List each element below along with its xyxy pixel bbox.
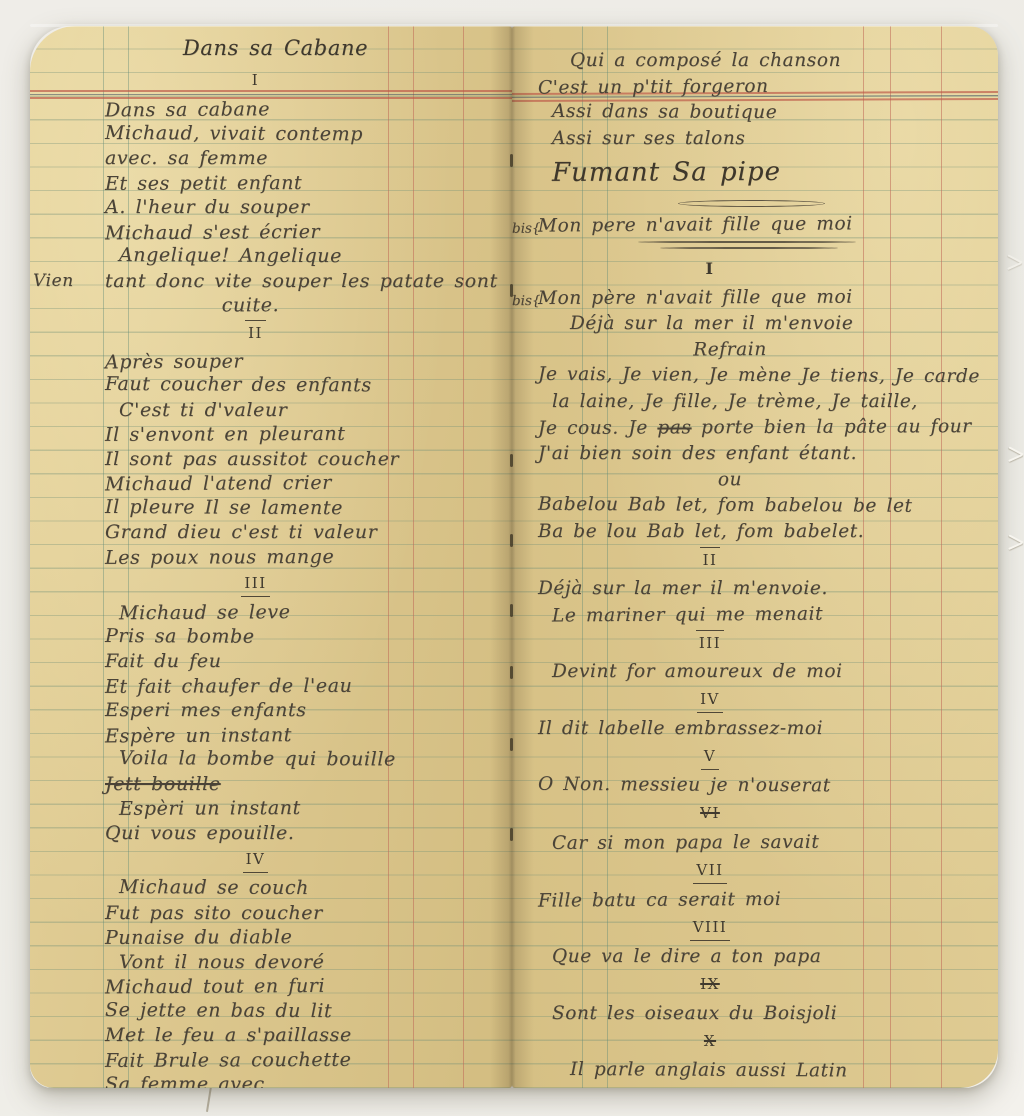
verse-line: Je vais, Je vien, Je mène Je tiens, Je c… (538, 362, 992, 390)
section-numeral: IX (538, 972, 992, 999)
verse-line: Fut pas sito coucher (105, 901, 506, 926)
verse-line: Assi sur ses talons (538, 126, 992, 152)
verse-line: C'est ti d'valeur (105, 398, 506, 423)
verse-line: Esperi mes enfants (105, 698, 506, 723)
verse-line: Et ses petit enfant (105, 170, 506, 196)
verse-line: Et fait chaufer de l'eau (105, 673, 506, 699)
binding-thread-bottom (206, 1086, 212, 1112)
section-numeral: IV (105, 847, 506, 874)
verse-line: Refrain (538, 335, 992, 364)
verse-line: Après souper (105, 347, 506, 374)
verse-line: Qui a composé la chanson (538, 48, 992, 74)
verse-line: Ba be lou Bab let, fom babelet. (538, 519, 992, 545)
verse-line: J'ai bien soin des enfant étant. (538, 441, 992, 467)
right-page-content: Qui a composé la chansonC'est un p'tit f… (512, 26, 998, 1084)
verse-line: Se jette en bas du lit (105, 997, 506, 1024)
page-stack-edge (30, 24, 998, 27)
verse-line: Il parle anglais aussi Latin (538, 1057, 992, 1085)
verse-line: Sont les oiseaux du Boisjoli (538, 1001, 992, 1027)
verse-line: Michaud tout en furi (105, 973, 506, 1000)
verse-line: Met le feu a s'paillasse (105, 1023, 506, 1048)
section-numeral: I (105, 68, 506, 95)
verse-line: Angelique! Angelique (105, 243, 506, 270)
verse-line: Il dit labelle embrassez-moi (538, 716, 992, 742)
verse-line: Il s'envont en pleurant (105, 421, 506, 447)
binding-stitch (510, 604, 513, 617)
verse-line: bis{Mon pere n'avait fille que moi (538, 210, 992, 239)
photo-background: Dans sa Cabane IDans sa cabaneMichaud, v… (0, 0, 1024, 1116)
verse-line: Vientant donc vite souper les patate son… (105, 269, 506, 294)
binding-stitch (510, 154, 513, 167)
verse-line: Grand dieu c'est ti valeur (105, 520, 506, 545)
verse-line: Le mariner qui me menait (538, 600, 992, 629)
binding-stitch (510, 534, 513, 547)
verse-line: Fait Brule sa couchette (105, 1047, 506, 1073)
right-page-lines: Qui a composé la chansonC'est un p'tit f… (538, 48, 992, 1084)
binding-stitch (510, 454, 513, 467)
notebook-page-right: Qui a composé la chansonC'est un p'tit f… (512, 26, 998, 1088)
verse-line: A. l'heur du souper (105, 195, 506, 220)
flourish-underline (538, 196, 992, 212)
verse-line: Michaud se couch (105, 875, 506, 902)
binding-stitch (510, 284, 513, 297)
verse-line: Jett bouille (105, 772, 506, 797)
section-numeral: VI (538, 801, 992, 828)
verse-line: Devint for amoureux de moi (538, 659, 992, 685)
verse-line: la laine, Je fille, Je trème, Je taille, (538, 389, 992, 415)
verse-line: Sa femme avec (105, 1072, 506, 1088)
binding-gutter (490, 26, 534, 1088)
verse-line: Fait du feu (105, 649, 506, 674)
verse-line: Vont il nous devoré (105, 950, 506, 975)
verse-line: Michaud l'atend crier (105, 470, 506, 497)
margin-word: Vien (33, 269, 74, 293)
section-numeral: IV (538, 687, 992, 714)
verse-line: Voila la bombe qui bouille (105, 746, 506, 773)
section-numeral: II (105, 320, 506, 347)
verse-line: Qui vous epouille. (105, 821, 506, 846)
section-numeral: III (538, 630, 992, 657)
section-numeral: II (538, 547, 992, 574)
left-page-lines: IDans sa cabaneMichaud, vivait contempav… (105, 68, 506, 1088)
section-numeral: V (538, 744, 992, 771)
verse-line: Michaud s'est écrier (105, 218, 506, 245)
verse-line: Faut coucher des enfants (105, 372, 506, 399)
verse-line: Car si mon papa le savait (538, 829, 992, 857)
verse-line: bis{Mon père n'avait fille que moi (538, 284, 992, 312)
binding-stitch (510, 666, 513, 679)
verse-line: O Non. messieu je n'ouserat (538, 772, 992, 800)
verse-line: C'est un p'tit forgeron (538, 72, 992, 101)
verse-line: Je cous. Je pas porte bien la pâte au fo… (538, 414, 992, 442)
section-numeral: VII (538, 858, 992, 885)
verse-line: Fille batu ca serait moi (538, 885, 992, 914)
verse-line: Espère un instant (105, 721, 506, 748)
verse-line: Michaud, vivait contemp (105, 120, 506, 147)
verse-line: Déjà sur la mer il m'envoie (538, 311, 992, 337)
verse-line: Assi dans sa boutique (538, 99, 992, 127)
verse-line: Punaise du diable (105, 924, 506, 950)
section-numeral: X (538, 1029, 992, 1056)
verse-line: Dans sa cabane (105, 96, 506, 123)
verse-line: Espèri un instant (105, 795, 506, 821)
verse-line: Déjà sur la mer il m'envoie. (538, 576, 992, 602)
binding-stitch (510, 738, 513, 751)
verse-line: ou (538, 465, 992, 494)
verse-line: Les poux nous mange (105, 544, 506, 570)
verse-line: cuite. (105, 292, 506, 318)
binding-stitch (510, 828, 513, 841)
notebook-page-left: Dans sa Cabane IDans sa cabaneMichaud, v… (30, 26, 512, 1088)
verse-line: Que va le dire a ton papa (538, 944, 992, 970)
section-numeral: III (105, 571, 506, 598)
verse-line: Fumant Sa pipe (538, 151, 992, 197)
verse-line: Pris sa bombe (105, 623, 506, 650)
left-page-content: Dans sa Cabane IDans sa cabaneMichaud, v… (30, 26, 512, 1088)
verse-line: Michaud se leve (105, 599, 506, 626)
section-numeral: I (538, 256, 992, 283)
verse-line: Il pleure Il se lamente (105, 494, 506, 521)
verse-line: Babelou Bab let, fom babelou be let (538, 492, 992, 520)
notebook: Dans sa Cabane IDans sa cabaneMichaud, v… (30, 26, 998, 1088)
section-numeral: VIII (538, 915, 992, 942)
page-title: Dans sa Cabane (105, 36, 506, 66)
flourish-underline (538, 238, 992, 254)
verse-line: Il sont pas aussitot coucher (105, 447, 506, 472)
verse-line: avec. sa femme (105, 146, 506, 171)
